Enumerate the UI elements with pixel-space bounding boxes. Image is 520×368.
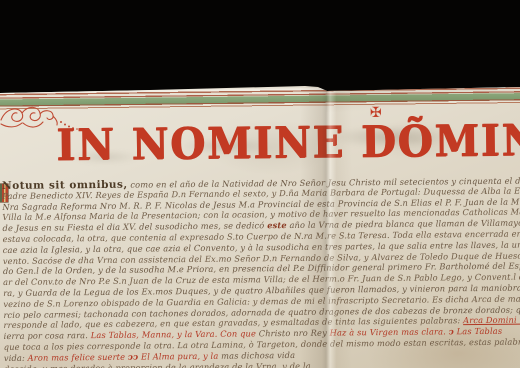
latin-heading: IN NOMINE DÕMINI A [56, 115, 520, 171]
manuscript-body: Notum sit omnibus, como en el año de la … [2, 174, 520, 368]
parchment-sheet: ✠ IN NOMINE DÕMINI A Notum sit omnibus, … [0, 0, 520, 368]
manuscript-photograph: ✠ IN NOMINE DÕMINI A Notum sit omnibus, … [0, 0, 520, 368]
